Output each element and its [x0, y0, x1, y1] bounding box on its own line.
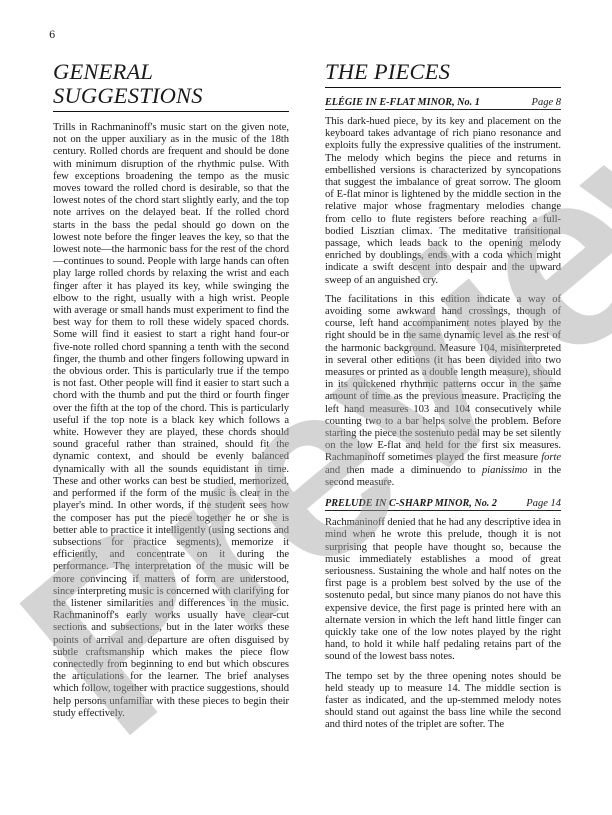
prelude-heading: PRELUDE IN C-SHARP MINOR, No. 2 Page 14 — [325, 498, 561, 511]
prelude-paragraph-2: The tempo set by the three opening notes… — [325, 671, 561, 732]
elegie-title: ELÉGIE IN E-FLAT MINOR, No. 1 — [325, 97, 480, 108]
general-suggestions-paragraph: Trills in Rachmaninoff's music start on … — [53, 122, 289, 720]
general-suggestions-heading: GENERAL SUGGESTIONS — [53, 60, 289, 112]
pianissimo-term: pianissimo — [482, 465, 527, 476]
page-number: 6 — [49, 30, 55, 41]
general-suggestions-column: GENERAL SUGGESTIONS Trills in Rachmanino… — [53, 60, 289, 727]
elegie-paragraph-1: This dark-hued piece, by its key and pla… — [325, 116, 561, 287]
the-pieces-heading: THE PIECES — [325, 60, 561, 88]
prelude-paragraph-1: Rachmaninoff denied that he had any desc… — [325, 517, 561, 663]
prelude-title: PRELUDE IN C-SHARP MINOR, No. 2 — [325, 498, 497, 509]
forte-term: forte — [541, 452, 561, 463]
elegie-paragraph-2-text: The facilitations in this edition indica… — [325, 294, 561, 464]
elegie-heading: ELÉGIE IN E-FLAT MINOR, No. 1 Page 8 — [325, 97, 561, 110]
the-pieces-column: THE PIECES ELÉGIE IN E-FLAT MINOR, No. 1… — [325, 60, 561, 739]
prelude-page-ref: Page 14 — [526, 498, 561, 509]
elegie-page-ref: Page 8 — [532, 97, 561, 108]
elegie-paragraph-2: The facilitations in this edition indica… — [325, 294, 561, 489]
elegie-paragraph-2-mid: and then made a diminuendo to — [325, 465, 482, 476]
